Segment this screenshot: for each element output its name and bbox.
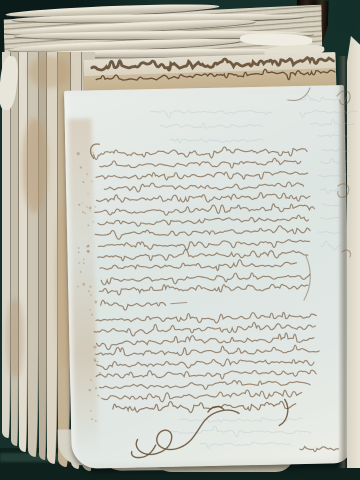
top-leaf bbox=[64, 85, 352, 469]
page-edge bbox=[19, 52, 28, 452]
facing-leaf-sliver bbox=[347, 36, 360, 468]
page-edge bbox=[28, 52, 39, 457]
foxing-stain bbox=[28, 56, 70, 88]
foxing-stain bbox=[22, 118, 48, 213]
page-edge bbox=[39, 52, 47, 460]
manuscript-photo: Photograph of a thick bundle of aged, cr… bbox=[0, 0, 360, 480]
foxing-stain bbox=[6, 298, 24, 378]
left-margin-stain bbox=[68, 118, 99, 454]
page-edge bbox=[11, 52, 19, 446]
